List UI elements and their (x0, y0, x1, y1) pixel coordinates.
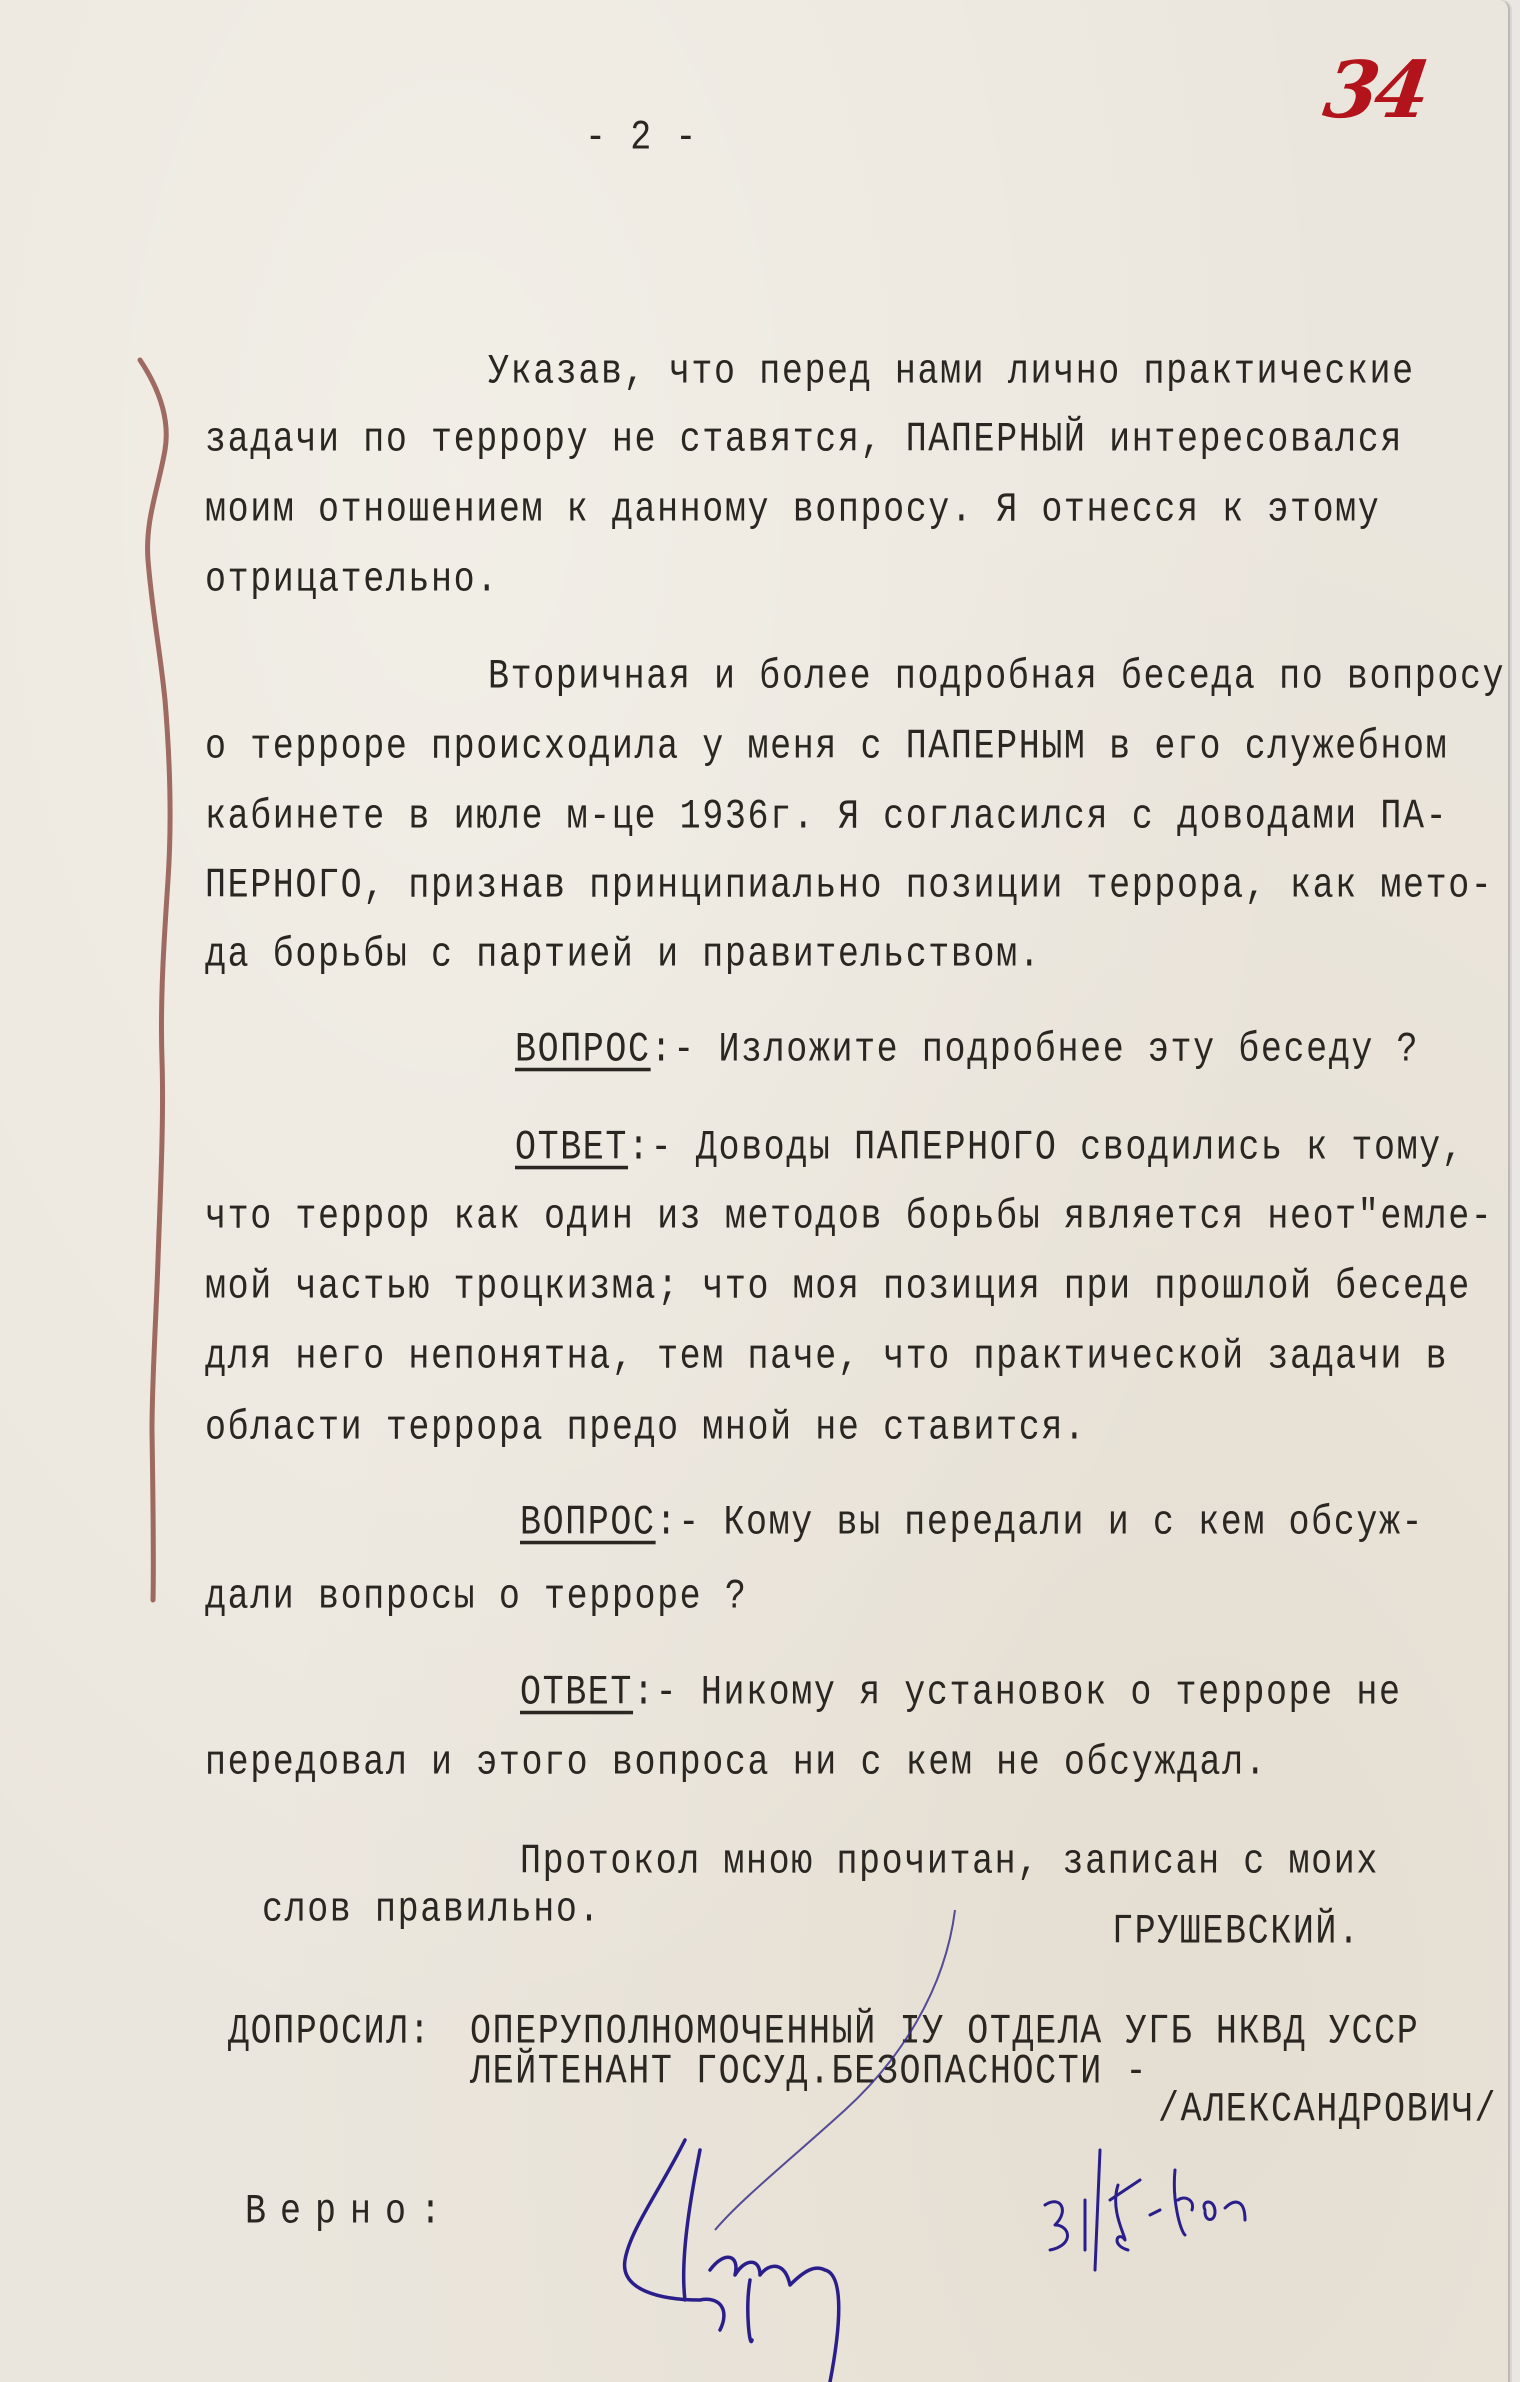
answer-1-line-5: области террора предо мной не ставится. (205, 1408, 1087, 1449)
signature (625, 2140, 839, 2382)
paragraph-1-line-4: отрицательно. (205, 560, 499, 601)
paragraph-2-line-3: кабинете в июле м-це 1936г. Я согласился… (205, 797, 1448, 838)
page-number: - 2 - (585, 118, 698, 159)
paragraph-1-line-2: задачи по террору не ставятся, ПАПЕРНЫЙ … (205, 420, 1403, 461)
paragraph-1-line-1: Указав, что перед нами лично практически… (488, 352, 1415, 393)
answer-1: ОТВЕТ:- Доводы ПАПЕРНОГО сводились к том… (515, 1128, 1464, 1169)
signatory-name: ГРУШЕВСКИЙ. (1112, 1912, 1361, 1953)
paragraph-2-line-5: да борьбы с партией и правительством. (205, 935, 1041, 976)
answer-2-line-1: Никому я установок о терроре не (701, 1669, 1402, 1716)
paragraph-1-line-3: моим отношением к данному вопросу. Я отн… (205, 490, 1380, 531)
interrogator-position: ОПЕРУПОЛНОМОЧЕННЫЙ IУ ОТДЕЛА УГБ НКВД УС… (470, 2012, 1419, 2053)
answer-2-line-2: передовал и этого вопроса ни с кем не об… (205, 1743, 1267, 1784)
closing-line-1: Протокол мною прочитан, записан с моих (520, 1842, 1379, 1883)
closing-line-2: слов правильно. (262, 1890, 601, 1931)
answer-2: ОТВЕТ:- Никому я установок о терроре не (520, 1673, 1402, 1714)
answer-1-line-1: Доводы ПАПЕРНОГО сводились к тому, (696, 1124, 1465, 1171)
interrogator-name: /АЛЕКСАНДРОВИЧ/ (1158, 2090, 1497, 2131)
answer-label: ОТВЕТ (515, 1124, 628, 1171)
answer-1-line-4: для него непонятна, тем паче, что практи… (205, 1337, 1448, 1378)
interrogator-label: ДОПРОСИЛ: (228, 2012, 431, 2053)
question-2-line-2: дали вопросы о терроре ? (205, 1577, 747, 1618)
interrogator-rank: ЛЕЙТЕНАНТ ГОСУД.БЕЗОПАСНОСТИ - (470, 2052, 1148, 2093)
question-label: ВОПРОС (515, 1026, 651, 1073)
margin-pencil-mark (140, 360, 170, 1600)
handwritten-date (1045, 2150, 1245, 2270)
document-page: - 2 - 34 Указав, что перед нами лично пр… (0, 0, 1510, 2382)
question-1-text: Изложите подробнее эту беседу ? (718, 1026, 1419, 1073)
answer-1-line-2: что террор как один из методов борьбы яв… (205, 1197, 1493, 1238)
archive-sheet-number: 34 (1319, 45, 1432, 136)
question-2: ВОПРОС:- Кому вы передали и с кем обсуж- (520, 1503, 1424, 1544)
question-1: ВОПРОС:- Изложите подробнее эту беседу ? (515, 1030, 1419, 1071)
question-2-line-1: Кому вы передали и с кем обсуж- (723, 1499, 1424, 1546)
certification-label: Верно: (245, 2192, 455, 2233)
answer-1-line-3: мой частью троцкизма; что моя позиция пр… (205, 1267, 1471, 1308)
paragraph-2-line-2: о терроре происходила у меня с ПАПЕРНЫМ … (205, 727, 1448, 768)
answer-label: ОТВЕТ (520, 1669, 633, 1716)
question-label: ВОПРОС (520, 1499, 656, 1546)
paragraph-2-line-1: Вторичная и более подробная беседа по во… (488, 657, 1505, 698)
paragraph-2-line-4: ПЕРНОГО, признав принципиально позиции т… (205, 866, 1493, 907)
